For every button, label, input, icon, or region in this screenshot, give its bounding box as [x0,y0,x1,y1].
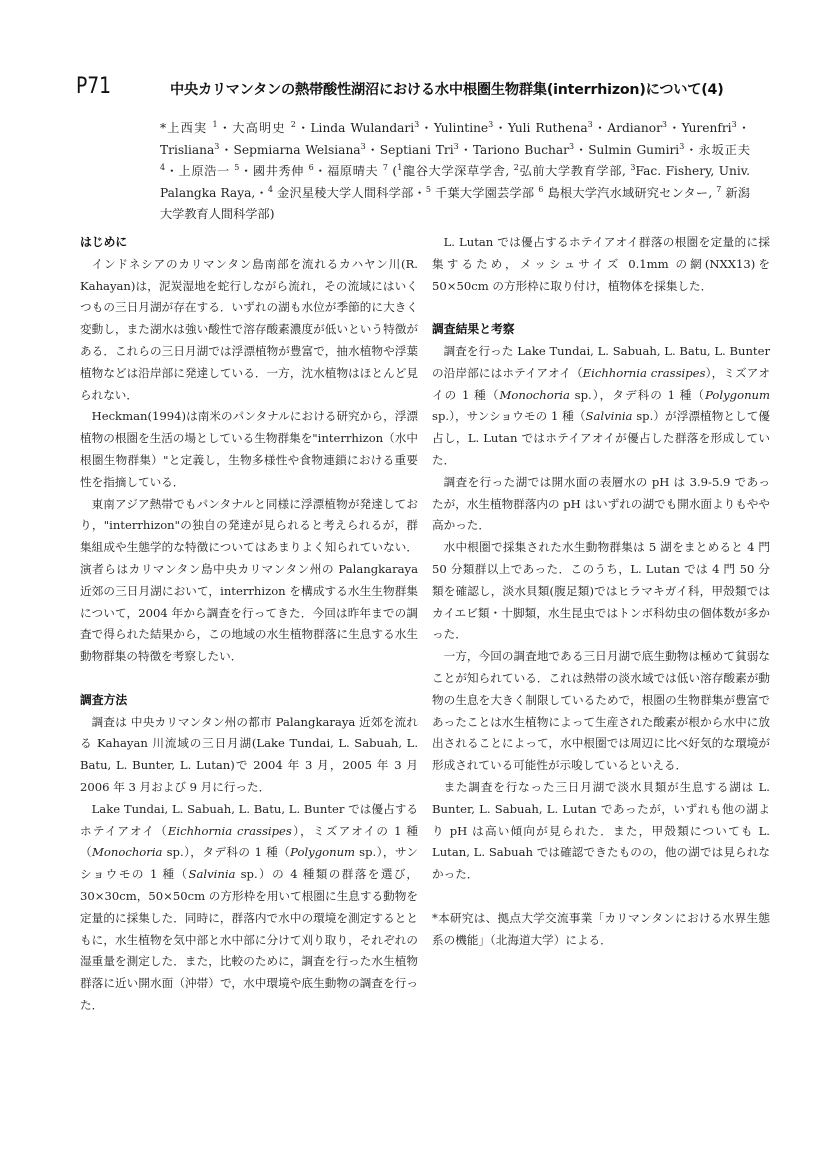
acknowledgment: *本研究は、拠点大学交流事業「カリマンタンにおける水界生態系の機能」（北海道大学… [432,908,770,952]
section-heading-results: 調査結果と考察 [432,319,770,341]
author: Septiani Tri3 [380,143,459,157]
author: Tariono Buchar3 [473,143,574,157]
author: Sepmiarna Welsiana3 [234,143,366,157]
author: *上西実 1 [160,121,218,135]
author: 上原浩一 5 [179,164,240,178]
author-block: *上西実 1・大高明史 2・Linda Wulandari3・Yulintine… [160,118,750,226]
author: Ardianor3 [607,121,667,135]
methods-paragraph: Lake Tundai, L. Sabuah, L. Batu, L. Bunt… [80,799,418,1017]
right-column: L. Lutan では優占するホテイアオイ群落の根圏を定量的に採集するため，メッ… [432,232,770,951]
affiliation: 5 千葉大学園芸学部 [426,186,534,200]
affiliation: 2弘前大学教育学部 [514,164,622,178]
author: Yurenfri3 [682,121,737,135]
intro-paragraph: インドネシアのカリマンタン島南部を流れるカハヤン川(R. Kahayan)は，泥… [80,254,418,407]
author: 大高明史 2 [232,121,296,135]
author: Trisliana3 [160,143,219,157]
results-paragraph: 一方，今回の調査地である三日月湖で底生動物は極めて貧弱なことが知られている．これ… [432,646,770,777]
results-paragraph: また調査を行なった三日月湖で淡水貝類が生息する湖は L. Bunter, L. … [432,777,770,886]
methods-paragraph: L. Lutan では優占するホテイアオイ群落の根圏を定量的に採集するため，メッ… [432,232,770,297]
intro-paragraph: 東南アジア熱帯でもパンタナルと同様に浮漂植物が発達しており，"interrhiz… [80,494,418,668]
left-column: はじめに インドネシアのカリマンタン島南部を流れるカハヤン川(R. Kahaya… [80,232,418,1017]
author: Yulintine3 [434,121,493,135]
paper-title: 中央カリマンタンの熱帯酸性湖沼における水中根圏生物群集(interrhizon)… [170,79,724,99]
affiliation: 1龍谷大学深草学舎 [397,164,505,178]
author: Sulmin Gumiri3 [588,143,684,157]
affiliation: 4 金沢星稜大学人間科学部 [268,186,414,200]
results-paragraph: 調査を行った湖では開水面の表層水の pH は 3.9-5.9 であったが，水生植… [432,472,770,537]
section-heading-methods: 調査方法 [80,690,418,712]
results-paragraph: 調査を行った Lake Tundai, L. Sabuah, L. Batu, … [432,341,770,472]
section-heading-intro: はじめに [80,232,418,254]
author: 福原晴夫 7 [327,164,388,178]
author: Yuli Ruthena3 [508,121,593,135]
author: Linda Wulandari3 [310,121,419,135]
intro-paragraph: Heckman(1994)は南米のパンタナルにおける研究から，浮漂植物の根圏を生… [80,406,418,493]
methods-paragraph: 調査は 中央カリマンタン州の都市 Palangkaraya 近郊を流れる Kah… [80,712,418,799]
affiliation: 6 島根大学汽水域研究センター [538,186,708,200]
poster-id: P71 [76,74,111,99]
author: 國井秀伸 6 [253,164,314,178]
results-paragraph: 水中根圏で採集された水生動物群集は 5 湖をまとめると 4 門 50 分類群以上… [432,537,770,646]
